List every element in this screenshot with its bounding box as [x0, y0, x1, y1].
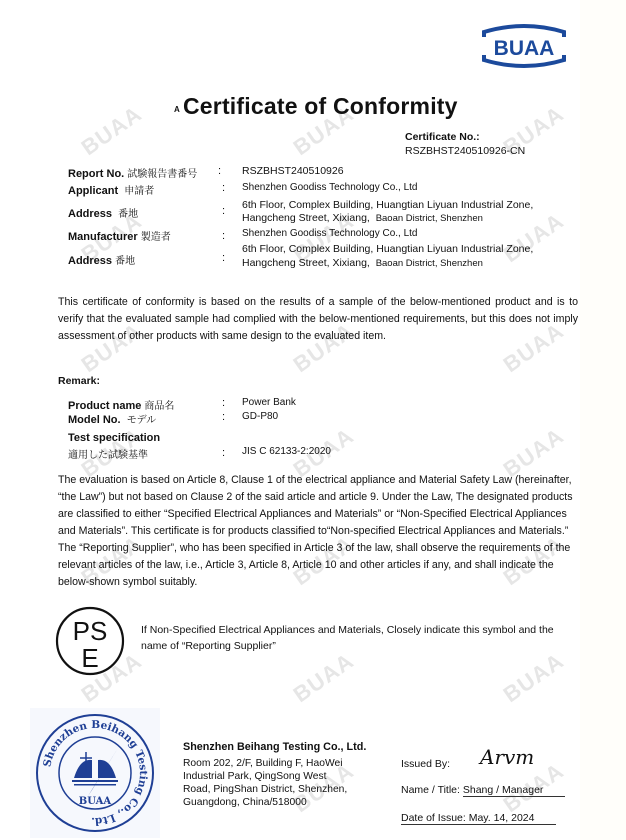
- product-name-value: Power Bank: [242, 397, 296, 408]
- date-label: Date of Issue:: [401, 812, 466, 824]
- address-line: Guangdong, China/518000: [183, 796, 347, 809]
- colon: :: [222, 252, 225, 264]
- applicant-address-label: Address 番地: [68, 205, 138, 220]
- label-jp: 適用した試験基準: [68, 450, 148, 461]
- page-edge: [580, 0, 626, 840]
- watermark-text: BUAA: [77, 101, 147, 161]
- product-name-label: Product name 商品名: [68, 397, 174, 412]
- address-part: Hangcheng Street, Xixiang,: [242, 212, 370, 224]
- label-en: Address: [68, 208, 112, 220]
- certificate-no-label: Certificate No.:: [405, 131, 480, 143]
- date-value: May. 14, 2024: [469, 812, 535, 824]
- name-title-label: Name / Title:: [401, 784, 460, 796]
- test-spec-value: JIS C 62133-2:2020: [242, 446, 331, 457]
- label-en: Manufacturer: [68, 231, 138, 243]
- label-en: Applicant: [68, 185, 118, 197]
- test-spec-label: Test specification: [68, 432, 160, 444]
- name-title: Name / Title: Shang / Manager: [401, 784, 565, 796]
- report-no-label: Report No. 試験報告書番号: [68, 165, 197, 180]
- model-no-value: GD-P80: [242, 411, 278, 422]
- manufacturer-address-line1: 6th Floor, Complex Building, Huangtian L…: [242, 243, 533, 255]
- label-jp: 申請者: [124, 186, 154, 197]
- address-part: Baoan District, Shenzhen: [376, 213, 483, 224]
- colon: :: [222, 447, 225, 459]
- report-no-value: RSZBHST240510926: [242, 165, 344, 177]
- colon: :: [222, 397, 225, 409]
- buaa-logo: BUAA: [476, 22, 572, 70]
- applicant-value: Shenzhen Goodiss Technology Co., Ltd: [242, 182, 418, 193]
- model-no-label: Model No. モデル: [68, 411, 156, 426]
- address-line: Road, PingShan District, Shenzhen,: [183, 783, 347, 796]
- address-line: Industrial Park, QingSong West: [183, 770, 347, 783]
- title-prefix: A: [174, 105, 180, 114]
- signature: Arvm: [480, 745, 534, 769]
- manufacturer-label: Manufacturer 製造者: [68, 228, 171, 243]
- pse-symbol-icon: PS E: [54, 605, 126, 677]
- intro-paragraph: This certificate of conformity is based …: [58, 294, 578, 345]
- applicant-address-line2: Hangcheng Street, Xixiang, Baoan Distric…: [242, 212, 483, 224]
- svg-text:PS: PS: [73, 616, 108, 646]
- watermark-text: BUAA: [289, 648, 359, 708]
- label-en: Report No.: [68, 168, 124, 180]
- svg-text:E: E: [81, 643, 98, 673]
- pse-instruction: If Non-Specified Electrical Appliances a…: [141, 622, 576, 654]
- page-title: Certificate of Conformity: [183, 93, 458, 120]
- label-jp: モデル: [127, 415, 157, 426]
- evaluation-paragraph: The evaluation is based on Article 8, Cl…: [58, 472, 583, 591]
- svg-text:Shenzhen Beihang Testing Co.,: Shenzhen Beihang Testing Co., Ltd.: [41, 719, 149, 827]
- svg-text:BUAA: BUAA: [494, 37, 555, 60]
- test-spec-label-jp: 適用した試験基準: [68, 446, 148, 461]
- watermark-text: BUAA: [499, 648, 569, 708]
- applicant-label: Applicant 申請者: [68, 182, 154, 197]
- date-of-issue: Date of Issue: May. 14, 2024: [401, 812, 556, 825]
- colon: :: [222, 205, 225, 217]
- certificate-no-value: RSZBHST240510926-CN: [405, 145, 525, 157]
- label-en: Address: [68, 255, 112, 267]
- colon: :: [222, 411, 225, 423]
- label-jp: 製造者: [141, 232, 171, 243]
- colon: :: [222, 230, 225, 242]
- manufacturer-address-label: Address 番地: [68, 252, 135, 267]
- address-part: Hangcheng Street, Xixiang,: [242, 257, 370, 269]
- label-jp: 番地: [118, 209, 138, 220]
- name-title-value: Shang / Manager: [463, 784, 566, 797]
- remark-heading: Remark:: [58, 375, 100, 387]
- applicant-address-line1: 6th Floor, Complex Building, Huangtian L…: [242, 199, 533, 211]
- issued-by-label: Issued By:: [401, 758, 450, 770]
- manufacturer-value: Shenzhen Goodiss Technology Co., Ltd: [242, 228, 418, 239]
- svg-text:BUAA: BUAA: [79, 796, 112, 807]
- colon: :: [218, 165, 221, 177]
- issuer-company-name: Shenzhen Beihang Testing Co., Ltd.: [183, 741, 366, 753]
- manufacturer-address-line2: Hangcheng Street, Xixiang, Baoan Distric…: [242, 257, 483, 269]
- watermark-text: BUAA: [499, 208, 569, 268]
- label-jp: 試験報告書番号: [127, 169, 197, 180]
- label-en: Model No.: [68, 414, 121, 426]
- address-line: Room 202, 2/F, Building F, HaoWei: [183, 757, 347, 770]
- label-jp: 番地: [115, 256, 135, 267]
- stamp-seal-icon: Shenzhen Beihang Testing Co., Ltd. BUAA: [30, 708, 160, 838]
- colon: :: [222, 182, 225, 194]
- company-stamp: Shenzhen Beihang Testing Co., Ltd. BUAA: [30, 708, 160, 838]
- issuer-address: Room 202, 2/F, Building F, HaoWei Indust…: [183, 757, 347, 809]
- address-part: Baoan District, Shenzhen: [376, 258, 483, 269]
